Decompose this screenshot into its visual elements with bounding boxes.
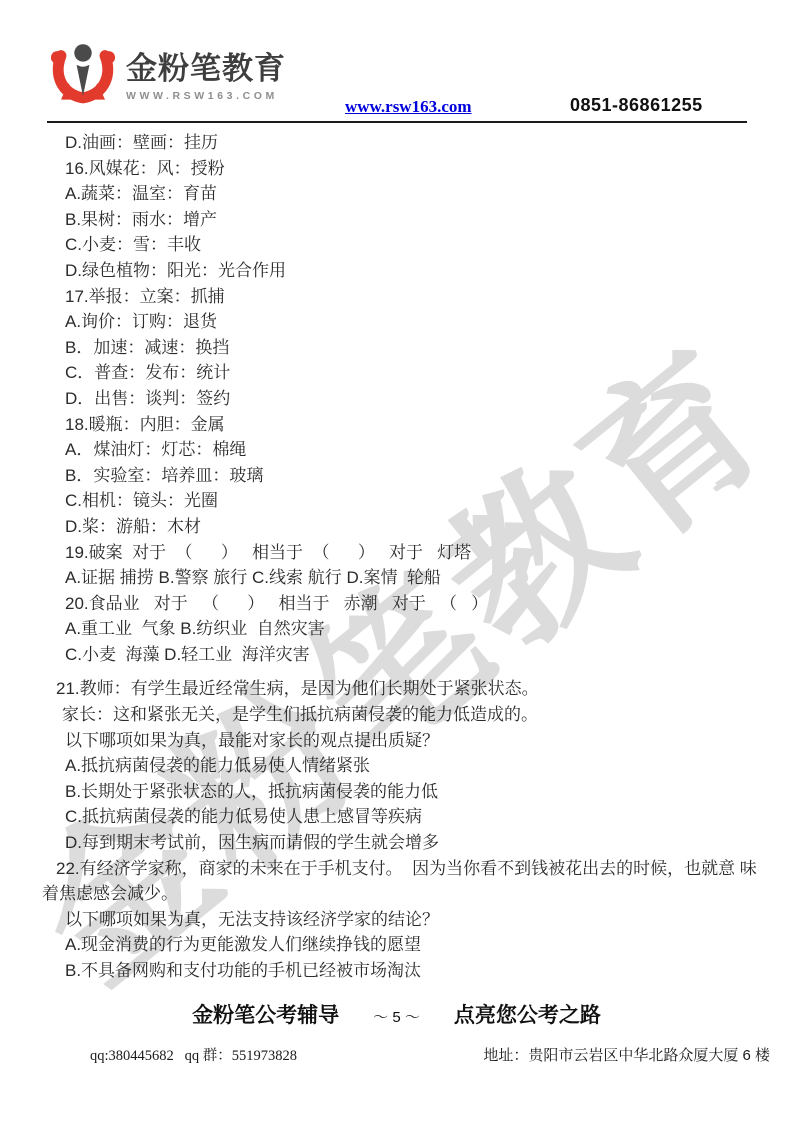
page-number: ～ 5 ～ xyxy=(373,1006,420,1027)
phone-number: 0851-86861255 xyxy=(570,95,703,116)
document-page: 金粉笔教育 金粉笔 xyxy=(0,0,793,1122)
body-line: A.抵抗病菌侵袭的能力低易使人情绪紧张 xyxy=(42,753,764,779)
body-line: 17.举报：立案：抓捕 xyxy=(42,284,764,310)
body-line: B.不具备网购和支付功能的手机已经被市场淘汰 xyxy=(42,958,764,984)
footer-brand: 金粉笔公考辅导 xyxy=(192,999,339,1029)
body-lines: D.油画：壁画：挂历16.风媒花：风：授粉A.蔬菜：温室：育苗B.果树：雨水：增… xyxy=(42,130,764,984)
body-line: A.询价：订购：退货 xyxy=(42,309,764,335)
brand-text-block: 金粉笔教育 WWW.RSW163.COM xyxy=(126,51,286,102)
body-line: D.每到期末考试前，因生病而请假的学生就会增多 xyxy=(42,830,764,856)
body-line: 18.暖瓶：内胆：金属 xyxy=(42,412,764,438)
body-line: 22.有经济学家称，商家的未来在于手机支付。 因为当你看不到钱被花出去的时候，也… xyxy=(42,856,764,907)
body-line: 21.教师：有学生最近经常生病，是因为他们长期处于紧张状态。 xyxy=(42,676,764,702)
body-line: 20.食品业 对于 （ ） 相当于 赤潮 对于 （ ） xyxy=(42,591,764,617)
footer-contact-row: qq:380445682 qq 群：551973828 地址：贵阳市云岩区中华北… xyxy=(90,1044,770,1065)
body-line: D.绿色植物：阳光：光合作用 xyxy=(42,258,764,284)
body-line: C．普查：发布：统计 xyxy=(42,360,764,386)
footer-title-row: 金粉笔公考辅导 ～ 5 ～ 点亮您公考之路 xyxy=(0,999,793,1029)
body-line: A.证据 捕捞 B.警察 旅行 C.线索 航行 D.案情 轮船 xyxy=(42,565,764,591)
body-line: C.相机：镜头：光圈 xyxy=(42,488,764,514)
body-line: 以下哪项如果为真，无法支持该经济学家的结论？ xyxy=(42,907,764,933)
body-line: A.重工业 气象 B.纺织业 自然灾害 xyxy=(42,616,764,642)
body-line: C.抵抗病菌侵袭的能力低易使人患上感冒等疾病 xyxy=(42,804,764,830)
body-line: B．实验室：培养皿：玻璃 xyxy=(42,463,764,489)
brand-subtitle: WWW.RSW163.COM xyxy=(126,90,286,102)
body-line: D．出售：谈判：签约 xyxy=(42,386,764,412)
footer-address: 地址：贵阳市云岩区中华北路众厦大厦 6 楼 xyxy=(483,1044,770,1065)
people-u-emblem-icon xyxy=(50,42,126,111)
body-line: D.油画：壁画：挂历 xyxy=(42,130,764,156)
body-line: A．煤油灯：灯芯：棉绳 xyxy=(42,437,764,463)
body-line: C.小麦：雪：丰收 xyxy=(42,232,764,258)
logo: 金粉笔教育 WWW.RSW163.COM xyxy=(50,42,286,111)
body-line: 19.破案 对于 （ ） 相当于 （ ） 对于 灯塔 xyxy=(42,540,764,566)
footer-qq: qq:380445682 qq 群：551973828 xyxy=(90,1044,297,1065)
brand-name: 金粉笔教育 xyxy=(126,51,286,87)
body-line: 16.风媒花：风：授粉 xyxy=(42,156,764,182)
body-line: D.桨：游船：木材 xyxy=(42,514,764,540)
footer-slogan: 点亮您公考之路 xyxy=(454,999,601,1029)
website-link[interactable]: www.rsw163.com xyxy=(345,97,472,117)
body-line: B.果树：雨水：增产 xyxy=(42,207,764,233)
body-line: A.蔬菜：温室：育苗 xyxy=(42,181,764,207)
body-line: B.长期处于紧张状态的人，抵抗病菌侵袭的能力低 xyxy=(42,779,764,805)
body-line: 家长：这和紧张无关，是学生们抵抗病菌侵袭的能力低造成的。 xyxy=(42,702,764,728)
header-divider xyxy=(47,121,747,123)
body-line: 以下哪项如果为真，最能对家长的观点提出质疑？ xyxy=(42,728,764,754)
body-line: C.小麦 海藻 D.轻工业 海洋灾害 xyxy=(42,642,764,668)
body-line: A.现金消费的行为更能激发人们继续挣钱的愿望 xyxy=(42,932,764,958)
body-line: B．加速：减速：换挡 xyxy=(42,335,764,361)
